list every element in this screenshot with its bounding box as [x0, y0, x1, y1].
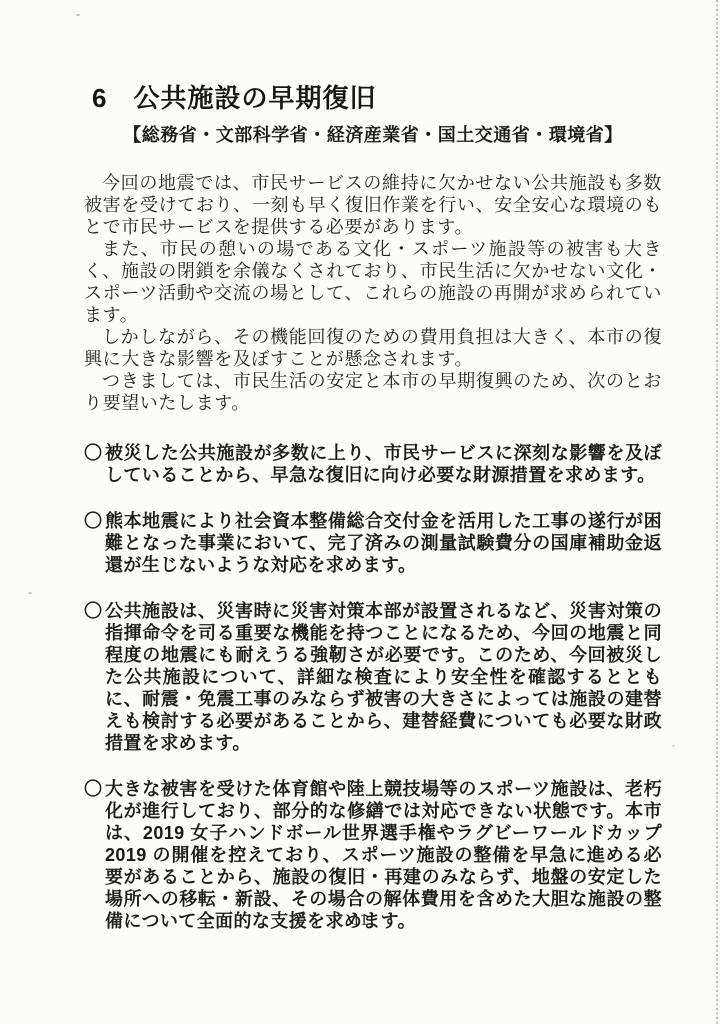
scan-speckle	[672, 745, 675, 747]
request-bullet-marker: 〇	[84, 778, 105, 932]
request-item: 〇 熊本地震により社会資本整備総合交付金を活用した工事の遂行が困難となった事業に…	[84, 510, 662, 576]
request-bullet-marker: 〇	[84, 442, 105, 486]
scan-speckle	[76, 14, 80, 16]
request-bullet-marker: 〇	[84, 510, 105, 576]
request-text: 被災した公共施設が多数に上り、市民サービスに深刻な影響を及ぼしていることから、早…	[105, 442, 662, 486]
section-number: 6	[92, 84, 107, 112]
intro-paragraph: つきましては、市民生活の安定と本市の早期復興のため、次のとおり要望いたします。	[84, 370, 662, 414]
requests-list: 〇 被災した公共施設が多数に上り、市民サービスに深刻な影響を及ぼしていることから…	[84, 442, 662, 932]
request-text: 熊本地震により社会資本整備総合交付金を活用した工事の遂行が困難となった事業におい…	[105, 510, 662, 576]
ministries-line: 【総務省・文部科学省・経済産業省・国土交通省・環境省】	[84, 123, 662, 147]
intro-paragraph: しかしながら、その機能回復のための費用負担は大きく、本市の復興に大きな影響を及ぼ…	[84, 326, 662, 370]
request-item: 〇 公共施設は、災害時に災害対策本部が設置されるなど、災害対策の指揮命令を司る重…	[84, 600, 662, 754]
intro-paragraph: また、市民の憩いの場である文化・スポーツ施設等の被害も大きく、施設の閉鎖を余儀な…	[84, 238, 662, 326]
request-item: 〇 被災した公共施設が多数に上り、市民サービスに深刻な影響を及ぼしていることから…	[84, 442, 662, 486]
page-number: 11	[0, 910, 720, 930]
request-text: 大きな被害を受けた体育館や陸上競技場等のスポーツ施設は、老朽化が進行しており、部…	[105, 778, 662, 932]
scan-speckle	[28, 592, 32, 594]
request-text: 公共施設は、災害時に災害対策本部が設置されるなど、災害対策の指揮命令を司る重要な…	[105, 600, 662, 754]
scan-edge-artifact	[716, 0, 718, 1024]
section-title: 公共施設の早期復旧	[133, 84, 376, 112]
request-item: 〇 大きな被害を受けた体育館や陸上競技場等のスポーツ施設は、老朽化が進行しており…	[84, 778, 662, 932]
section-heading: 6 公共施設の早期復旧	[92, 84, 662, 112]
document-content: 6 公共施設の早期復旧 【総務省・文部科学省・経済産業省・国土交通省・環境省】 …	[84, 84, 662, 956]
request-bullet-marker: 〇	[84, 600, 105, 754]
scanned-document-page: 6 公共施設の早期復旧 【総務省・文部科学省・経済産業省・国土交通省・環境省】 …	[0, 0, 720, 1024]
intro-paragraph: 今回の地震では、市民サービスの維持に欠かせない公共施設も多数被害を受けており、一…	[84, 172, 662, 238]
intro-section: 今回の地震では、市民サービスの維持に欠かせない公共施設も多数被害を受けており、一…	[84, 172, 662, 414]
